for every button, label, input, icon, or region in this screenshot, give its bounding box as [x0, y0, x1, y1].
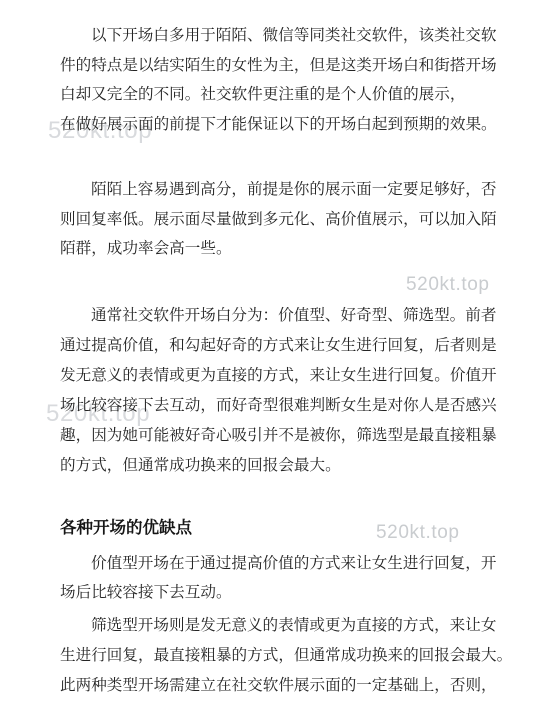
paragraph-value-type: 价值型开场在于通过提高价值的方式来让女生进行回复，开 场后比较容接下去互动。 — [60, 549, 494, 607]
text-line: 则回复率低。展示面尽量做到多元化、高价值展示，可以加入陌 — [60, 205, 494, 235]
text-line: 件的特点是以结实陌生的女性为主，但是这类开场白和街搭开场 — [60, 51, 494, 81]
text-line: 的方式，但通常成功换来的回报会最大。 — [60, 451, 494, 481]
text-line: 场比较容接下去互动，而好奇型很难判断女生是对你人是否感兴 — [60, 391, 494, 421]
watermark-text: 520kt.top — [376, 523, 460, 542]
text-line: 筛选型开场则是发无意义的表情或更为直接的方式，来让女 — [60, 611, 494, 641]
text-line: 陌群，成功率会高一些。 — [60, 234, 494, 264]
document-page: 520kt.top 520kt.top 520kt.top 520kt.top … — [0, 0, 550, 707]
paragraph-filter-type: 筛选型开场则是发无意义的表情或更为直接的方式，来让女 生进行回复，最直接粗暴的方… — [60, 611, 494, 700]
text-line: 此两种类型开场需建立在社交软件展示面的一定基础上，否则， — [60, 671, 494, 701]
section-heading: 各种开场的优缺点 — [60, 515, 192, 541]
paragraph-momo: 陌陌上容易遇到高分，前提是你的展示面一定要足够好，否 则回复率低。展示面尽量做到… — [60, 175, 494, 264]
text-line: 生进行回复，最直接粗暴的方式，但通常成功换来的回报会最大。 — [60, 641, 494, 671]
text-line: 通常社交软件开场白分为：价值型、好奇型、筛选型。前者 — [60, 301, 494, 331]
paragraph-intro: 以下开场白多用于陌陌、微信等同类社交软件，该类社交软 件的特点是以结实陌生的女性… — [60, 21, 494, 139]
paragraph-opener-types: 通常社交软件开场白分为：价值型、好奇型、筛选型。前者 通过提高价值，和勾起好奇的… — [60, 301, 494, 481]
text-line: 场后比较容接下去互动。 — [60, 578, 494, 607]
text-line: 价值型开场在于通过提高价值的方式来让女生进行回复，开 — [60, 549, 494, 578]
watermark-text: 520kt.top — [406, 275, 490, 294]
text-line: 通过提高价值，和勾起好奇的方式来让女生进行回复，后者则是 — [60, 331, 494, 361]
text-line: 陌陌上容易遇到高分，前提是你的展示面一定要足够好，否 — [60, 175, 494, 205]
text-line: 发无意义的表情或更为直接的方式，来让女生进行回复。价值开 — [60, 361, 494, 391]
text-line: 以下开场白多用于陌陌、微信等同类社交软件，该类社交软 — [60, 21, 494, 51]
text-line: 趣，因为她可能被好奇心吸引并不是被你，筛选型是最直接粗暴 — [60, 421, 494, 451]
text-line: 在做好展示面的前提下才能保证以下的开场白起到预期的效果。 — [60, 110, 494, 140]
text-line: 白却又完全的不同。社交软件更注重的是个人价值的展示， — [60, 80, 494, 110]
